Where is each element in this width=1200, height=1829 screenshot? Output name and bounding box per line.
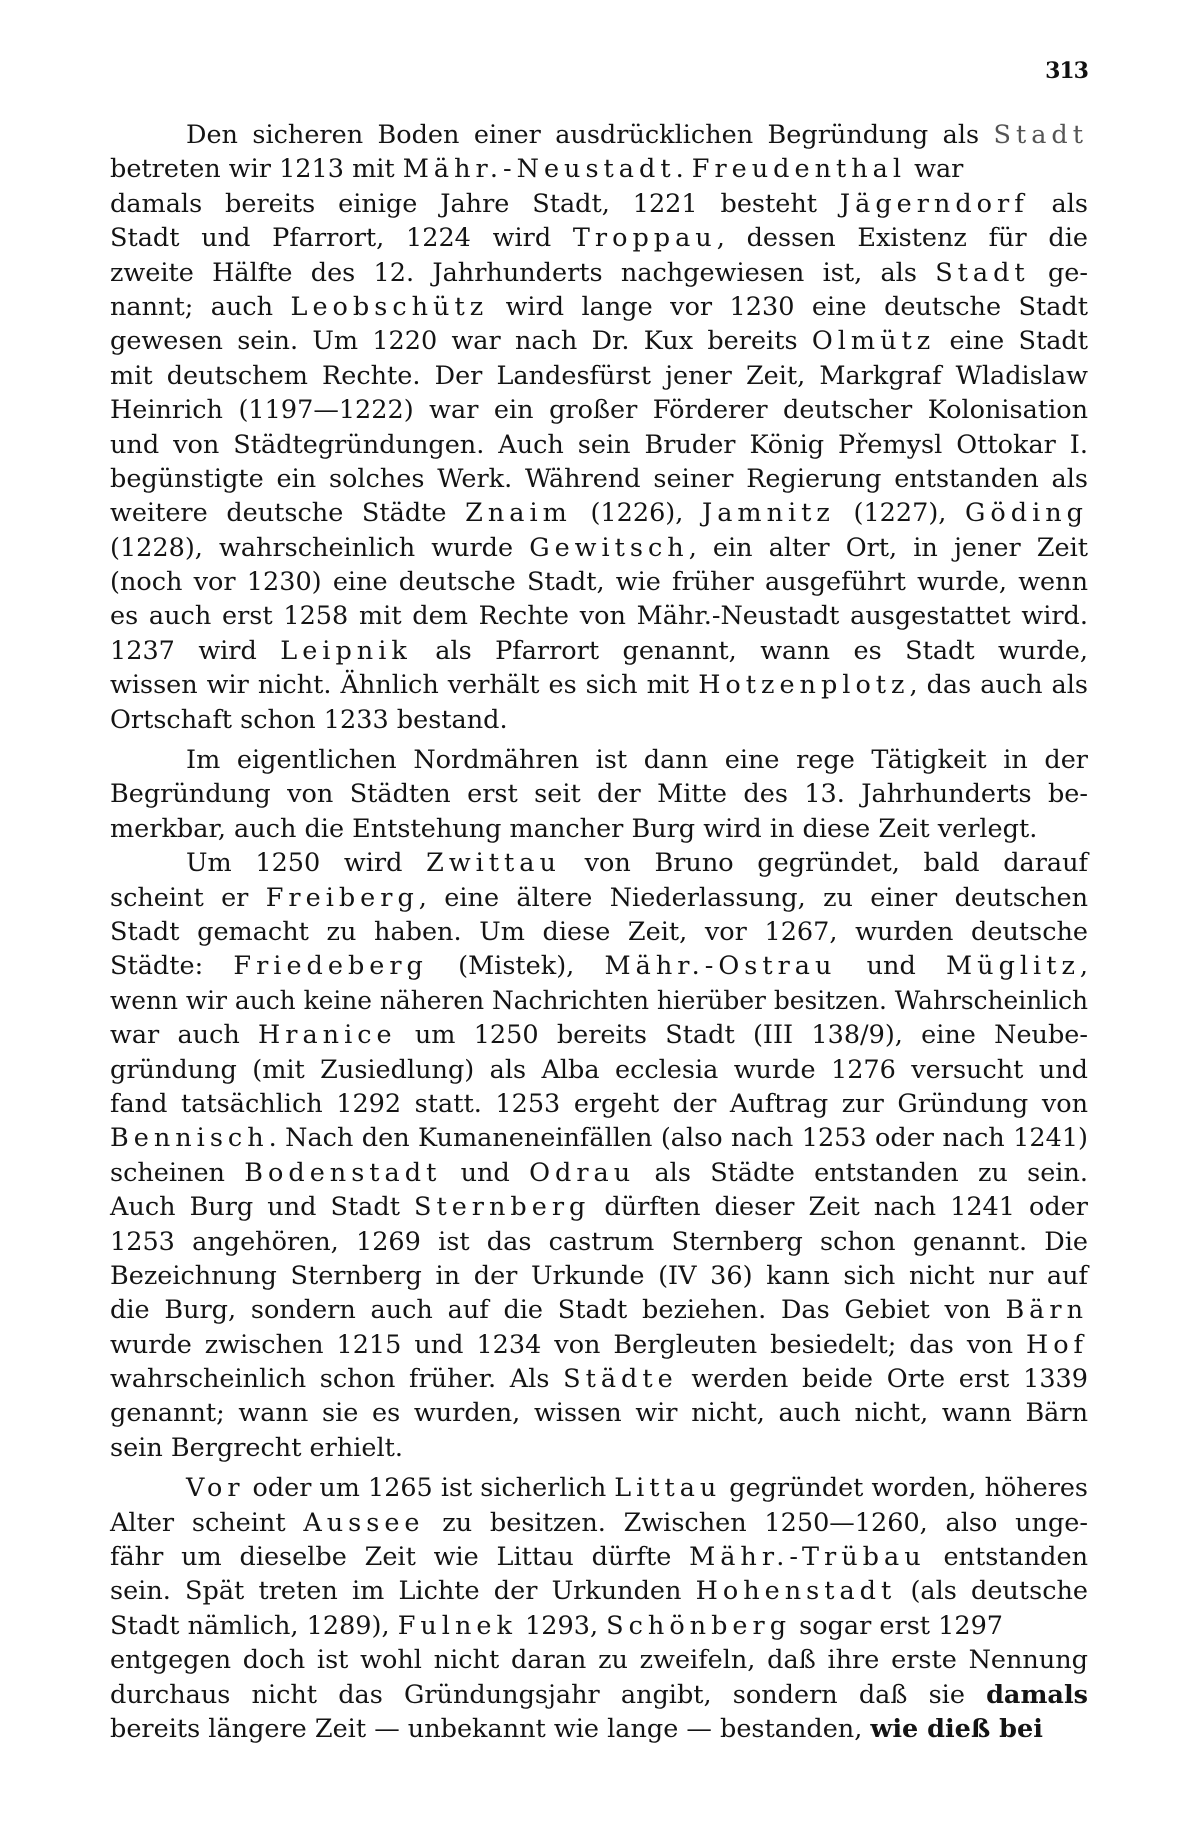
text-line: Stadt und Pfarrort, 1224 wird Troppau, d… <box>110 221 1088 255</box>
emphasized-name: Hohenstadt <box>696 1576 897 1606</box>
emphasized-name: Jamnitz <box>702 498 835 528</box>
emphasized-name: Littau <box>614 1473 721 1503</box>
text-line: wissen wir nicht. Ähnlich verhält es sic… <box>110 668 1088 702</box>
text-line: fand tatsächlich 1292 statt. 1253 ergeht… <box>110 1087 1088 1121</box>
emphasized-name: Bennisch <box>110 1123 269 1153</box>
text-line: entgegen doch ist wohl nicht daran zu zw… <box>110 1643 1088 1677</box>
emphasized-name: Troppau <box>573 223 717 253</box>
text-line: begünstigte ein solches Werk. Während se… <box>110 462 1088 496</box>
text-line: weitere deutsche Städte Znaim (1226), Ja… <box>110 496 1088 530</box>
text-line: 1253 angehören, 1269 ist das castrum Ste… <box>110 1225 1088 1259</box>
emphasized-name: Olmütz <box>812 326 935 356</box>
emphasized-name: Städte <box>563 1364 678 1394</box>
emphasized-name: Bärn <box>1005 1295 1088 1325</box>
emphasized-name: Hotzenplotz <box>698 670 909 700</box>
text-line: Auch Burg und Stadt Sternberg dürften di… <box>110 1190 1088 1224</box>
emphasized-name: Müglitz <box>946 951 1080 981</box>
text-line: nannt; auch Leobschütz wird lange vor 12… <box>110 290 1088 324</box>
text-line: Stadt gemacht zu haben. Um diese Zeit, v… <box>110 915 1088 949</box>
text-line: Vor oder um 1265 ist sicherlich Littau g… <box>110 1471 1088 1505</box>
body-text: Den sicheren Boden einer ausdrücklichen … <box>110 118 1088 1746</box>
paragraph: Vor oder um 1265 ist sicherlich Littau g… <box>110 1471 1088 1746</box>
text-line: Im eigentlichen Nordmähren ist dann eine… <box>110 743 1088 777</box>
emphasized-name: Hof <box>1026 1330 1088 1360</box>
text-line: mit deutschem Rechte. Der Landesfürst je… <box>110 359 1088 393</box>
text-line: merkbar, auch die Entstehung mancher Bur… <box>110 812 1088 846</box>
emphasized-name: Mähr.-Ostrau <box>605 951 837 981</box>
text-line: es auch erst 1258 mit dem Rechte von Mäh… <box>110 599 1088 633</box>
text-line: Alter scheint Aussee zu besitzen. Zwisch… <box>110 1506 1088 1540</box>
text-line: Bennisch. Nach den Kumaneneinfällen (als… <box>110 1121 1088 1155</box>
text-line: zweite Hälfte des 12. Jahrhunderts nachg… <box>110 256 1088 290</box>
emphasized-name: Stadt <box>994 120 1089 150</box>
emphasized-name: Freudenthal <box>692 154 906 184</box>
text-line: Begründung von Städten erst seit der Mit… <box>110 777 1088 811</box>
emphasized-name: Zwittau <box>426 848 561 878</box>
emphasized-name: Freiberg <box>266 883 419 913</box>
bold-text: damals <box>986 1680 1088 1710</box>
text-line: Um 1250 wird Zwittau von Bruno gegründet… <box>110 846 1088 880</box>
text-line: Städte: Friedeberg (Mistek), Mähr.-Ostra… <box>110 949 1088 983</box>
text-line: wenn wir auch keine näheren Nachrichten … <box>110 984 1088 1018</box>
text-line: Den sicheren Boden einer ausdrücklichen … <box>110 118 1088 152</box>
emphasized-name: Gewitsch <box>529 533 688 563</box>
paragraph: Den sicheren Boden einer ausdrücklichen … <box>110 118 1088 737</box>
book-page: 313 Den sicheren Boden einer ausdrücklic… <box>0 0 1200 1829</box>
text-line: Heinrich (1197—1222) war ein großer Förd… <box>110 393 1088 427</box>
text-line: wahrscheinlich schon früher. Als Städte … <box>110 1362 1088 1396</box>
text-line: wurde zwischen 1215 und 1234 von Bergleu… <box>110 1328 1088 1362</box>
emphasized-name: Leipnik <box>280 636 412 666</box>
emphasized-name: Vor <box>186 1473 244 1503</box>
text-line: Ortschaft schon 1233 bestand. <box>110 703 1088 737</box>
text-line: fähr um dieselbe Zeit wie Littau dürfte … <box>110 1540 1088 1574</box>
emphasized-name: Leobschütz <box>291 292 489 322</box>
text-line: sein. Spät treten im Lichte der Urkunden… <box>110 1574 1088 1608</box>
text-line: und von Städtegründungen. Auch sein Brud… <box>110 428 1088 462</box>
text-line: scheinen Bodenstadt und Odrau als Städte… <box>110 1156 1088 1190</box>
text-line: durchaus nicht das Gründungsjahr angibt,… <box>110 1678 1088 1712</box>
text-line: Bezeichnung Sternberg in der Urkunde (IV… <box>110 1259 1088 1293</box>
emphasized-name: Sternberg <box>414 1192 590 1222</box>
page-number: 313 <box>1040 58 1088 84</box>
emphasized-name: Mähr.-Trübau <box>689 1542 926 1572</box>
bold-text: wie dieß bei <box>870 1714 1042 1744</box>
paragraph: Im eigentlichen Nordmähren ist dann eine… <box>110 743 1088 846</box>
text-line: (noch vor 1230) eine deutsche Stadt, wie… <box>110 565 1088 599</box>
text-line: (1228), wahrscheinlich wurde Gewitsch, e… <box>110 531 1088 565</box>
emphasized-name: Odrau <box>529 1158 635 1188</box>
emphasized-name: Znaim <box>465 498 572 528</box>
text-line: damals bereits einige Jahre Stadt, 1221 … <box>110 187 1088 221</box>
text-line: betreten wir 1213 mit Mähr.-Neustadt. Fr… <box>110 152 1088 186</box>
text-line: genannt; wann sie es wurden, wissen wir … <box>110 1396 1088 1430</box>
emphasized-name: Schönberg <box>606 1611 791 1641</box>
text-line: Stadt nämlich, 1289), Fulnek 1293, Schön… <box>110 1609 1088 1643</box>
emphasized-name: Aussee <box>303 1508 424 1538</box>
emphasized-name: Hranice <box>258 1020 397 1050</box>
emphasized-name: Fulnek <box>398 1611 517 1641</box>
paragraph: Um 1250 wird Zwittau von Bruno gegründet… <box>110 846 1088 1465</box>
emphasized-name: Stadt <box>935 258 1030 288</box>
text-line: 1237 wird Leipnik als Pfarrort genannt, … <box>110 634 1088 668</box>
emphasized-name: Göding <box>965 498 1088 528</box>
emphasized-name: Jägerndorf <box>840 189 1029 219</box>
emphasized-name: Bodenstadt <box>244 1158 441 1188</box>
text-line: gewesen sein. Um 1220 war nach Dr. Kux b… <box>110 324 1088 358</box>
emphasized-name: Mähr.-Neustadt <box>403 154 676 184</box>
text-line: war auch Hranice um 1250 bereits Stadt (… <box>110 1018 1088 1052</box>
text-line: die Burg, sondern auch auf die Stadt bez… <box>110 1293 1088 1327</box>
text-line: scheint er Freiberg, eine ältere Niederl… <box>110 881 1088 915</box>
text-line: sein Bergrecht erhielt. <box>110 1431 1088 1465</box>
emphasized-name: Friedeberg <box>233 951 427 981</box>
text-line: bereits längere Zeit — unbekannt wie lan… <box>110 1712 1088 1746</box>
text-line: gründung (mit Zusiedlung) als Alba eccle… <box>110 1053 1088 1087</box>
